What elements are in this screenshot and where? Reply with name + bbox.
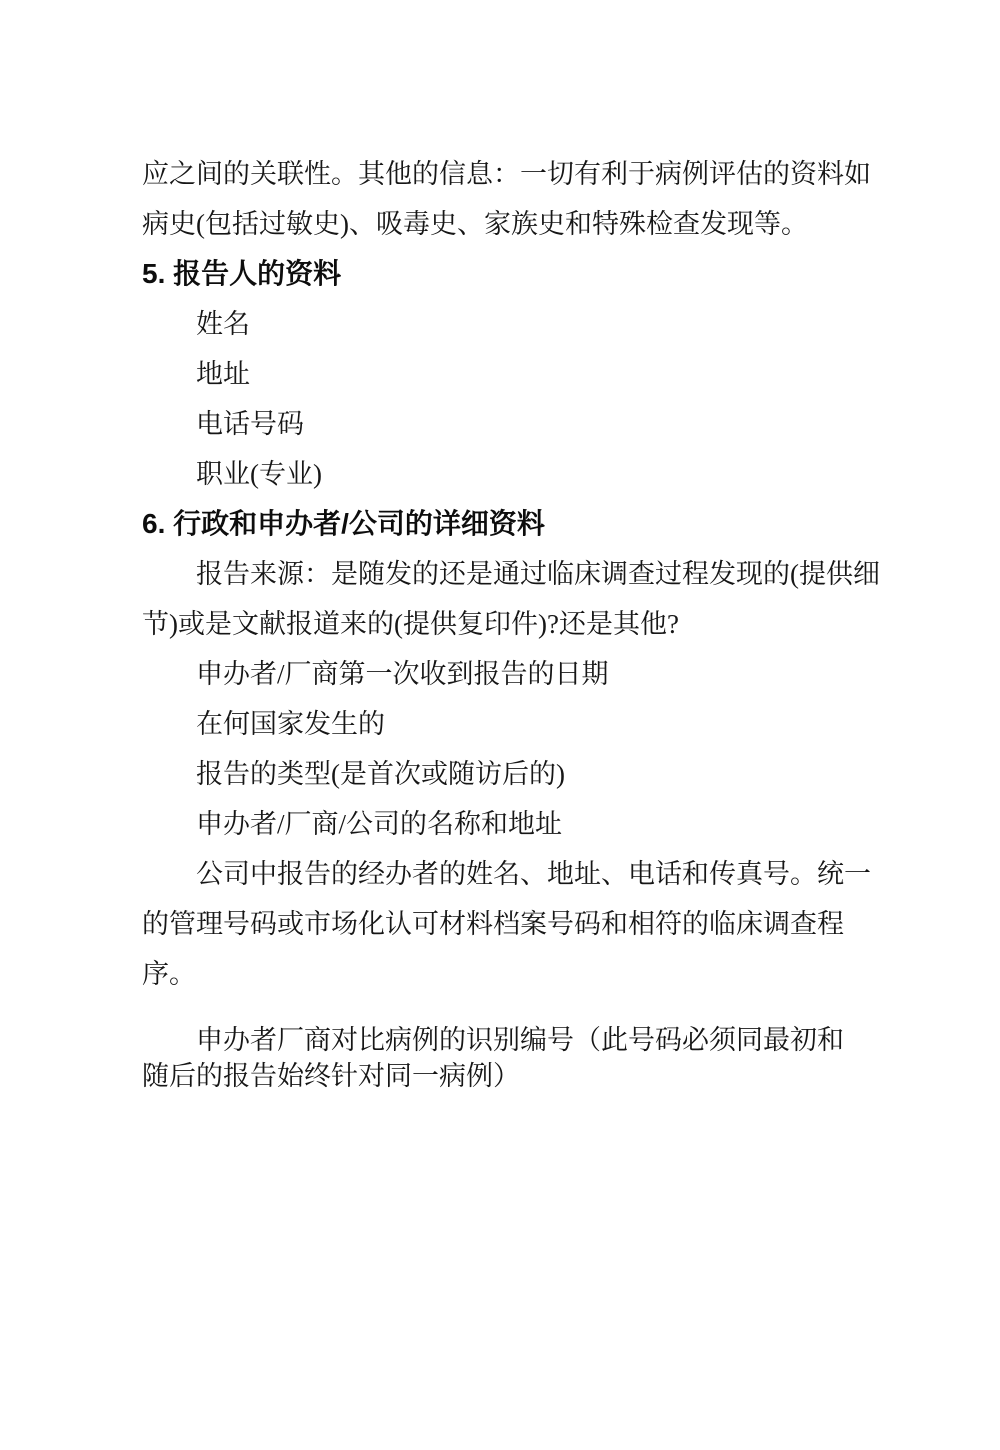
text-line: 申办者/厂商/公司的名称和地址 <box>142 799 860 849</box>
item-reporter-address: 地址 <box>142 349 860 399</box>
item-sponsor-name-address: 申办者/厂商/公司的名称和地址 <box>142 799 860 849</box>
text-line: 应之间的关联性。其他的信息：一切有利于病例评估的资料如 <box>142 149 860 199</box>
item-reporter-name: 姓名 <box>142 299 860 349</box>
paragraph-other-information: 应之间的关联性。其他的信息：一切有利于病例评估的资料如病史(包括过敏史)、吸毒史… <box>142 149 860 249</box>
text-line: 公司中报告的经办者的姓名、地址、电话和传真号。统一 <box>142 849 860 899</box>
item-first-received-date: 申办者/厂商第一次收到报告的日期 <box>142 649 860 699</box>
item-country-of-occurrence: 在何国家发生的 <box>142 699 860 749</box>
text-line: 职业(专业) <box>142 449 860 499</box>
text-line: 申办者厂商对比病例的识别编号（此号码必须同最初和 <box>142 1022 860 1058</box>
paragraph-case-identification-number: 申办者厂商对比病例的识别编号（此号码必须同最初和随后的报告始终针对同一病例） <box>142 1022 860 1094</box>
document-page: 应之间的关联性。其他的信息：一切有利于病例评估的资料如病史(包括过敏史)、吸毒史… <box>0 0 1000 1450</box>
text-line: 节)或是文献报道来的(提供复印件)?还是其他? <box>142 599 860 649</box>
text-line: 申办者/厂商第一次收到报告的日期 <box>142 649 860 699</box>
item-reporter-occupation: 职业(专业) <box>142 449 860 499</box>
heading-text-line: 5. 报告人的资料 <box>142 249 860 299</box>
heading-section-5: 5. 报告人的资料 <box>142 249 860 299</box>
text-line: 病史(包括过敏史)、吸毒史、家族史和特殊检查发现等。 <box>142 199 860 249</box>
text-line: 随后的报告始终针对同一病例） <box>142 1058 860 1094</box>
text-line: 姓名 <box>142 299 860 349</box>
heading-text-line: 6. 行政和申办者/公司的详细资料 <box>142 499 860 549</box>
text-line: 地址 <box>142 349 860 399</box>
text-line: 报告的类型(是首次或随访后的) <box>142 749 860 799</box>
text-line: 在何国家发生的 <box>142 699 860 749</box>
item-report-type: 报告的类型(是首次或随访后的) <box>142 749 860 799</box>
paragraph-company-contact: 公司中报告的经办者的姓名、地址、电话和传真号。统一的管理号码或市场化认可材料档案… <box>142 849 860 999</box>
text-line: 报告来源：是随发的还是通过临床调查过程发现的(提供细 <box>142 549 860 599</box>
document-content: 应之间的关联性。其他的信息：一切有利于病例评估的资料如病史(包括过敏史)、吸毒史… <box>0 0 1000 1450</box>
heading-section-6: 6. 行政和申办者/公司的详细资料 <box>142 499 860 549</box>
text-line: 的管理号码或市场化认可材料档案号码和相符的临床调查程 <box>142 899 860 949</box>
text-line: 序。 <box>142 949 860 999</box>
paragraph-report-source: 报告来源：是随发的还是通过临床调查过程发现的(提供细节)或是文献报道来的(提供复… <box>142 549 860 649</box>
text-line: 电话号码 <box>142 399 860 449</box>
item-reporter-phone: 电话号码 <box>142 399 860 449</box>
